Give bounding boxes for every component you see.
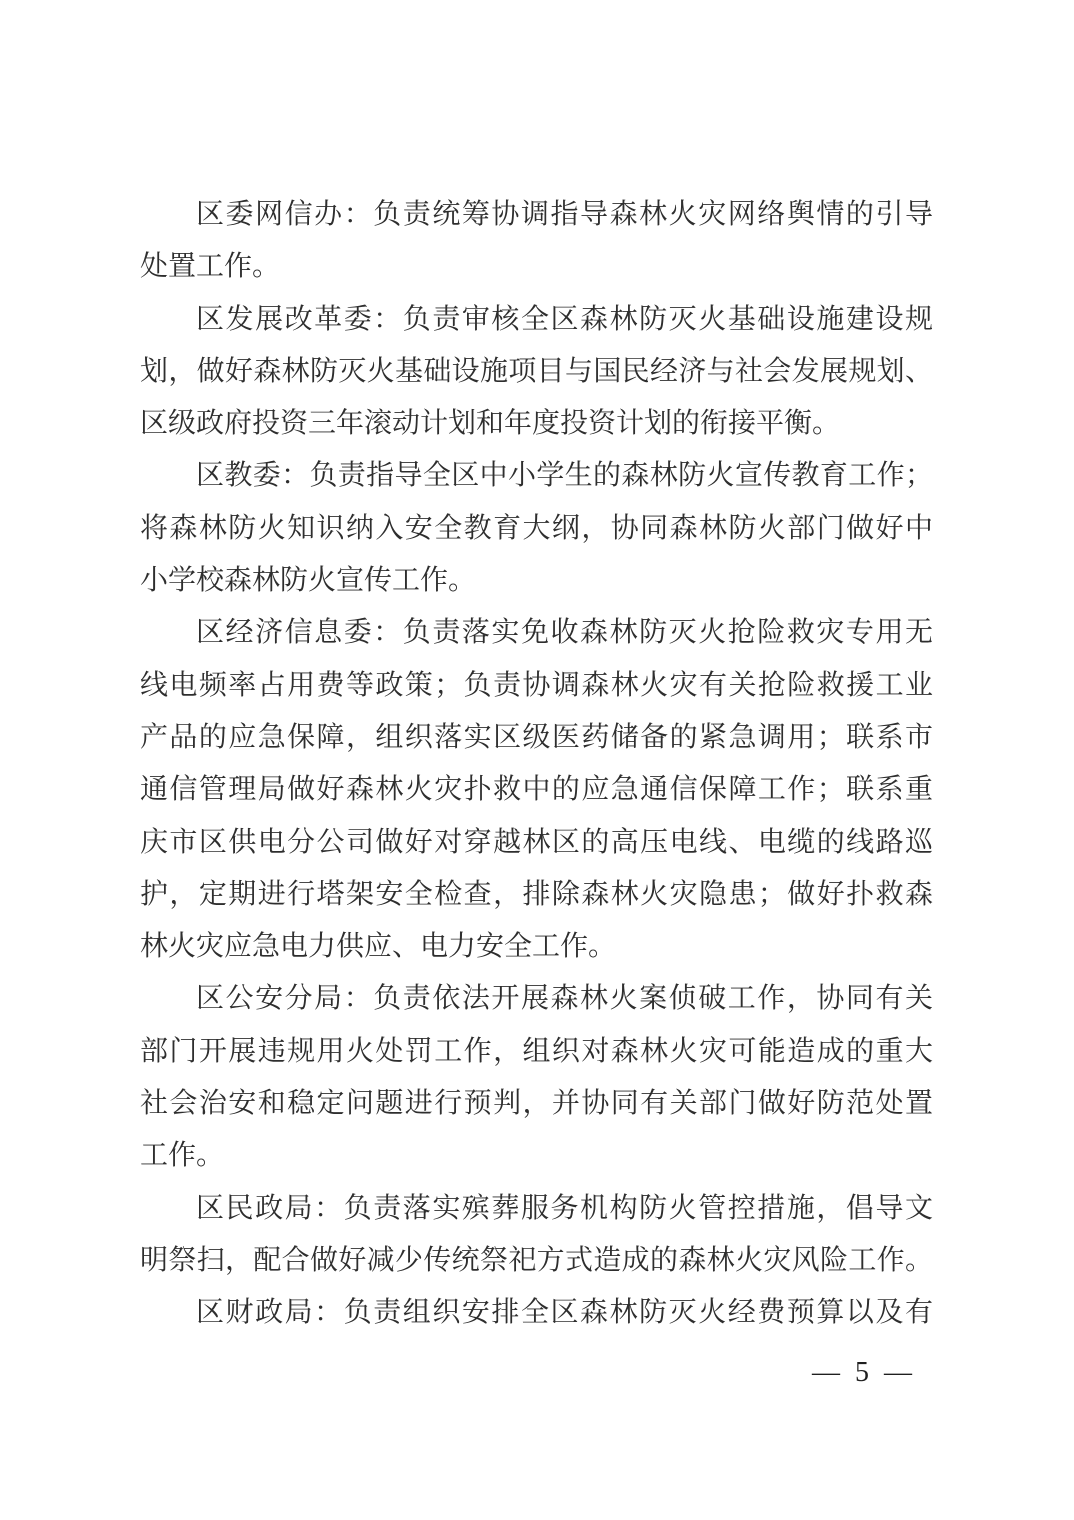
text-line: 区教委：负责指导全区中小学生的森林防火宣传教育工作； [140,450,933,502]
text-line: 产品的应急保障，组织落实区级医药储备的紧急调用；联系市 [140,712,933,764]
text-line: 区公安分局：负责依法开展森林火案侦破工作，协同有关 [140,973,933,1025]
page-number: — 5 — [812,1348,916,1398]
text-line: 将森林防火知识纳入安全教育大纲，协同森林防火部门做好中 [140,503,933,555]
text-line: 通信管理局做好森林火灾扑救中的应急通信保障工作；联系重 [140,764,933,816]
paragraph: 区经济信息委：负责落实免收森林防灭火抢险救灾专用无 线电频率占用费等政策；负责协… [140,607,933,973]
paragraph: 区发展改革委：负责审核全区森林防灭火基础设施建设规 划，做好森林防灭火基础设施项… [140,294,933,451]
text-line: 区级政府投资三年滚动计划和年度投资计划的衔接平衡。 [140,398,933,450]
text-line: 工作。 [140,1130,933,1182]
text-line: 部门开展违规用火处罚工作，组织对森林火灾可能造成的重大 [140,1026,933,1078]
text-line: 庆市区供电分公司做好对穿越林区的高压电线、电缆的线路巡 [140,817,933,869]
text-line: 小学校森林防火宣传工作。 [140,555,933,607]
text-line: 划，做好森林防灭火基础设施项目与国民经济与社会发展规划、 [140,346,933,398]
text-line: 区民政局：负责落实殡葬服务机构防火管控措施，倡导文 [140,1183,933,1235]
text-line: 社会治安和稳定问题进行预判，并协同有关部门做好防范处置 [140,1078,933,1130]
text-line: 区经济信息委：负责落实免收森林防灭火抢险救灾专用无 [140,607,933,659]
document-page: 区委网信办：负责统筹协调指导森林火灾网络舆情的引导 处置工作。 区发展改革委：负… [0,0,1074,1520]
paragraph: 区民政局：负责落实殡葬服务机构防火管控措施，倡导文 明祭扫，配合做好减少传统祭祀… [140,1183,933,1288]
text-line: 区委网信办：负责统筹协调指导森林火灾网络舆情的引导 [140,189,933,241]
paragraph: 区财政局：负责组织安排全区森林防灭火经费预算以及有 [140,1287,933,1339]
text-line: 林火灾应急电力供应、电力安全工作。 [140,921,933,973]
text-line: 护，定期进行塔架安全检查，排除森林火灾隐患；做好扑救森 [140,869,933,921]
paragraph: 区教委：负责指导全区中小学生的森林防火宣传教育工作； 将森林防火知识纳入安全教育… [140,450,933,607]
text-line: 区发展改革委：负责审核全区森林防灭火基础设施建设规 [140,294,933,346]
text-line: 处置工作。 [140,241,933,293]
paragraph: 区公安分局：负责依法开展森林火案侦破工作，协同有关 部门开展违规用火处罚工作，组… [140,973,933,1182]
paragraph: 区委网信办：负责统筹协调指导森林火灾网络舆情的引导 处置工作。 [140,189,933,294]
text-line: 明祭扫，配合做好减少传统祭祀方式造成的森林火灾风险工作。 [140,1235,933,1287]
text-line: 线电频率占用费等政策；负责协调森林火灾有关抢险救援工业 [140,660,933,712]
document-body: 区委网信办：负责统筹协调指导森林火灾网络舆情的引导 处置工作。 区发展改革委：负… [140,189,933,1340]
text-line: 区财政局：负责组织安排全区森林防灭火经费预算以及有 [140,1287,933,1339]
